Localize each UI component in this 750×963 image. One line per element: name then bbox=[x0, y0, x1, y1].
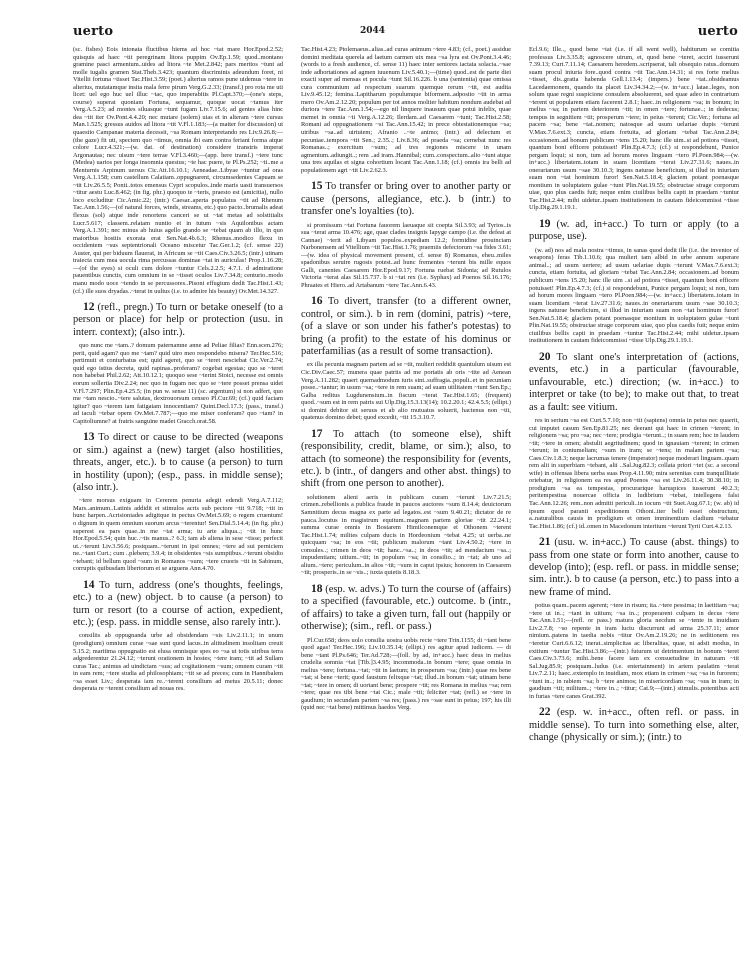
citation-block: ~tere morsus exiguam in Cererem penuria … bbox=[73, 497, 283, 572]
citation-block: Ecl.9.6; Ille.., quod bene ~tat (i.e. if… bbox=[529, 46, 739, 212]
sense-text: (refl., pregn.) To turn or betake onesel… bbox=[73, 302, 283, 338]
column-right: Ecl.9.6; Ille.., quod bene ~tat (i.e. if… bbox=[529, 46, 739, 958]
citation-block: Pl.Cur.658; deos uolo consilia uostra uo… bbox=[301, 637, 511, 712]
sense-text: (w. ad, in+acc.) To turn or apply (to a … bbox=[529, 219, 739, 242]
citation-block: si promissum ~tat Fortuna fauorem laeuaq… bbox=[301, 222, 511, 290]
citation-block: ex illa pecunia magnam partem ad se ~tit… bbox=[301, 361, 511, 421]
sense-text: To turn, address (one's thoughts, feelin… bbox=[73, 580, 283, 628]
citation-block: quo nunc me ~tam..? domum paternamne ann… bbox=[73, 342, 283, 425]
sense-number: 16 bbox=[311, 295, 323, 307]
citation-block: solutionem alieni aeris in publicam cura… bbox=[301, 494, 511, 577]
sense-definition-18: 18 (esp. w. advs.) To turn the course of… bbox=[301, 583, 511, 634]
sense-number: 21 bbox=[539, 536, 551, 548]
sense-definition-13: 13 To direct or cause to be directed (we… bbox=[73, 431, 283, 494]
sense-text: (esp. w. in+acc., often refl. or pass. i… bbox=[529, 707, 739, 743]
sense-definition-14: 14 To turn, address (one's thoughts, fee… bbox=[73, 579, 283, 630]
column-left: (sc. fishes) Eois intonata fluctibus hie… bbox=[73, 46, 283, 958]
sense-number: 13 bbox=[83, 431, 95, 443]
citation-block: potius quam..pacem agerent; ~tere in ris… bbox=[529, 602, 739, 700]
sense-text: To transfer or bring over to another par… bbox=[301, 181, 511, 217]
citation-block: res in serium ~sa est Curt.5.7.10; non ~… bbox=[529, 417, 739, 530]
sense-number: 12 bbox=[83, 301, 95, 313]
sense-text: (usu. w. in+acc.) To cause (abst. things… bbox=[529, 537, 739, 598]
sense-definition-16: 16 To divert, transfer (to a different o… bbox=[301, 295, 511, 358]
sense-number: 19 bbox=[539, 218, 551, 230]
sense-number: 22 bbox=[539, 706, 551, 718]
page-header: uerto 2044 uerto bbox=[0, 24, 750, 42]
sense-text: To attach (to someone else), shift (resp… bbox=[301, 429, 511, 490]
sense-number: 20 bbox=[539, 351, 551, 363]
dictionary-columns: (sc. fishes) Eois intonata fluctibus hie… bbox=[73, 46, 740, 958]
sense-definition-17: 17 To attach (to someone else), shift (r… bbox=[301, 428, 511, 491]
sense-definition-12: 12 (refl., pregn.) To turn or betake one… bbox=[73, 301, 283, 339]
sense-number: 15 bbox=[311, 180, 323, 192]
sense-number: 18 bbox=[311, 583, 323, 595]
citation-block: consiliis ab oppugnanda urbe ad obsidend… bbox=[73, 632, 283, 692]
page-number: 2044 bbox=[360, 26, 385, 36]
sense-number: 14 bbox=[83, 579, 95, 591]
column-middle: Tac.Hist.4.23; Ptolemaeus..alias..ad cur… bbox=[301, 46, 511, 958]
running-headword-left: uerto bbox=[73, 24, 113, 39]
citation-block: Tac.Hist.4.23; Ptolemaeus..alias..ad cur… bbox=[301, 46, 511, 174]
sense-text: To direct or cause to be directed (weapo… bbox=[73, 432, 283, 493]
sense-definition-19: 19 (w. ad, in+acc.) To turn or apply (to… bbox=[529, 218, 739, 244]
sense-number: 17 bbox=[311, 428, 323, 440]
sense-text: To divert, transfer (to a different owne… bbox=[301, 296, 511, 357]
sense-definition-15: 15 To transfer or bring over to another … bbox=[301, 180, 511, 218]
sense-text: To slant one's interpretation of (action… bbox=[529, 352, 739, 413]
sense-definition-21: 21 (usu. w. in+acc.) To cause (abst. thi… bbox=[529, 536, 739, 599]
sense-definition-20: 20 To slant one's interpretation of (act… bbox=[529, 351, 739, 414]
sense-definition-22: 22 (esp. w. in+acc., often refl. or pass… bbox=[529, 706, 739, 744]
citation-block: (sc. fishes) Eois intonata fluctibus hie… bbox=[73, 46, 283, 295]
running-headword-right: uerto bbox=[698, 24, 738, 39]
citation-block: (w. ad) nos ad mala nostra ~timus, in sa… bbox=[529, 247, 739, 345]
sense-text: (esp. w. advs.) To turn the course of (a… bbox=[301, 584, 511, 632]
